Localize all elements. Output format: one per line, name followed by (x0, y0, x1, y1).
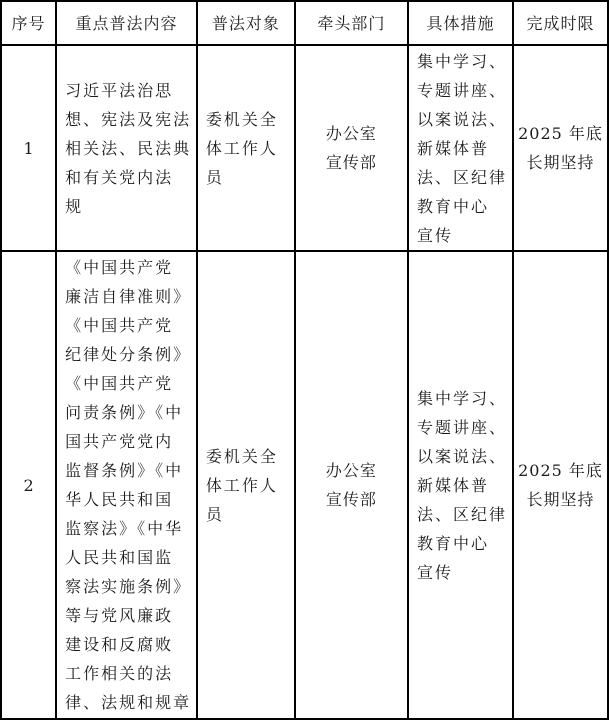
content-cell: 《中国共产党廉洁自律准则》《中国共产党纪律处分条例》《中国共产党问责条例》《中国… (56, 251, 197, 719)
text-line: 专题讲座、 (417, 76, 506, 105)
header-measures: 具体措施 (408, 1, 513, 45)
text-line: 相关法、民法典 (65, 134, 190, 163)
text-line: 长期坚持 (514, 148, 607, 177)
text-line: 宣传 (417, 221, 506, 250)
text-line: 华人民共和国 (65, 485, 190, 514)
text-line: 监察法》《中华 (65, 514, 190, 543)
measures-text: 集中学习、专题讲座、以案说法、新媒体普法、区纪律教育中心宣传 (409, 47, 512, 250)
text-line: 律、法规和规章 (65, 688, 190, 717)
target-text: 委机关全体工作人员 (198, 442, 294, 529)
text-line: 办公室 (296, 456, 407, 485)
content-text: 习近平法治思想、宪法及宪法相关法、民法典和有关党内法规 (57, 76, 196, 221)
lead-dept-text: 办公室宣传部 (296, 119, 407, 177)
deadline-text: 2025 年底长期坚持 (514, 456, 607, 514)
text-line: 纪律处分条例》 (65, 340, 190, 369)
text-line: 新媒体普 (417, 134, 506, 163)
text-line: 《中国共产党 (65, 311, 190, 340)
text-line: 问责条例》《中 (65, 398, 190, 427)
header-deadline: 完成时限 (513, 1, 608, 45)
text-line: 委机关全 (206, 442, 288, 471)
text-line: 等与党风廉政 (65, 601, 190, 630)
measures-text: 集中学习、专题讲座、以案说法、新媒体普法、区纪律教育中心宣传 (409, 384, 512, 587)
content-text: 《中国共产党廉洁自律准则》《中国共产党纪律处分条例》《中国共产党问责条例》《中国… (57, 253, 196, 717)
text-line: 宣传 (417, 558, 506, 587)
row-number: 2 (1, 251, 56, 719)
text-line: 廉洁自律准则》 (65, 282, 190, 311)
text-line: 以案说法、 (417, 105, 506, 134)
measures-cell: 集中学习、专题讲座、以案说法、新媒体普法、区纪律教育中心宣传 (408, 45, 513, 251)
text-line: 和有关党内法 (65, 163, 190, 192)
text-line: 习近平法治思 (65, 76, 190, 105)
lead-dept-text: 办公室宣传部 (296, 456, 407, 514)
text-line: 教育中心 (417, 529, 506, 558)
text-line: 体工作人 (206, 471, 288, 500)
deadline-cell: 2025 年底长期坚持 (513, 45, 608, 251)
text-line: 察法实施条例》 (65, 572, 190, 601)
text-line: 委机关全 (206, 105, 288, 134)
text-line: 体工作人 (206, 134, 288, 163)
text-line: 《中国共产党 (65, 369, 190, 398)
content-cell: 习近平法治思想、宪法及宪法相关法、民法典和有关党内法规 (56, 45, 197, 251)
text-line: 工作相关的法 (65, 659, 190, 688)
header-content: 重点普法内容 (56, 1, 197, 45)
measures-cell: 集中学习、专题讲座、以案说法、新媒体普法、区纪律教育中心宣传 (408, 251, 513, 719)
text-line: 《中国共产党 (65, 253, 190, 282)
text-line: 法、区纪律 (417, 500, 506, 529)
lead-dept-cell: 办公室宣传部 (295, 251, 408, 719)
text-line: 新媒体普 (417, 471, 506, 500)
text-line: 法、区纪律 (417, 163, 506, 192)
deadline-cell: 2025 年底长期坚持 (513, 251, 608, 719)
deadline-text: 2025 年底长期坚持 (514, 119, 607, 177)
text-line: 以案说法、 (417, 442, 506, 471)
target-text: 委机关全体工作人员 (198, 105, 294, 192)
table-row: 2 《中国共产党廉洁自律准则》《中国共产党纪律处分条例》《中国共产党问责条例》《… (1, 251, 608, 719)
header-lead-dept: 牵头部门 (295, 1, 408, 45)
text-line: 国共产党党内 (65, 427, 190, 456)
target-cell: 委机关全体工作人员 (197, 251, 295, 719)
text-line: 集中学习、 (417, 384, 506, 413)
text-line: 人民共和国监 (65, 543, 190, 572)
text-line: 宣传部 (296, 485, 407, 514)
text-line: 宣传部 (296, 148, 407, 177)
law-education-plan-table: 序号 重点普法内容 普法对象 牵头部门 具体措施 完成时限 1 习近平法治思想、… (0, 0, 609, 720)
row-number: 1 (1, 45, 56, 251)
lead-dept-cell: 办公室宣传部 (295, 45, 408, 251)
header-row: 序号 重点普法内容 普法对象 牵头部门 具体措施 完成时限 (1, 1, 608, 45)
text-line: 建设和反腐败 (65, 630, 190, 659)
table-row: 1 习近平法治思想、宪法及宪法相关法、民法典和有关党内法规 委机关全体工作人员 … (1, 45, 608, 251)
text-line: 规 (65, 192, 190, 221)
text-line: 2025 年底 (514, 456, 607, 485)
text-line: 员 (206, 500, 288, 529)
text-line: 想、宪法及宪法 (65, 105, 190, 134)
text-line: 员 (206, 163, 288, 192)
text-line: 2025 年底 (514, 119, 607, 148)
target-cell: 委机关全体工作人员 (197, 45, 295, 251)
header-no: 序号 (1, 1, 56, 45)
text-line: 办公室 (296, 119, 407, 148)
text-line: 监督条例》《中 (65, 456, 190, 485)
text-line: 教育中心 (417, 192, 506, 221)
text-line: 长期坚持 (514, 485, 607, 514)
text-line: 集中学习、 (417, 47, 506, 76)
header-target: 普法对象 (197, 1, 295, 45)
text-line: 专题讲座、 (417, 413, 506, 442)
